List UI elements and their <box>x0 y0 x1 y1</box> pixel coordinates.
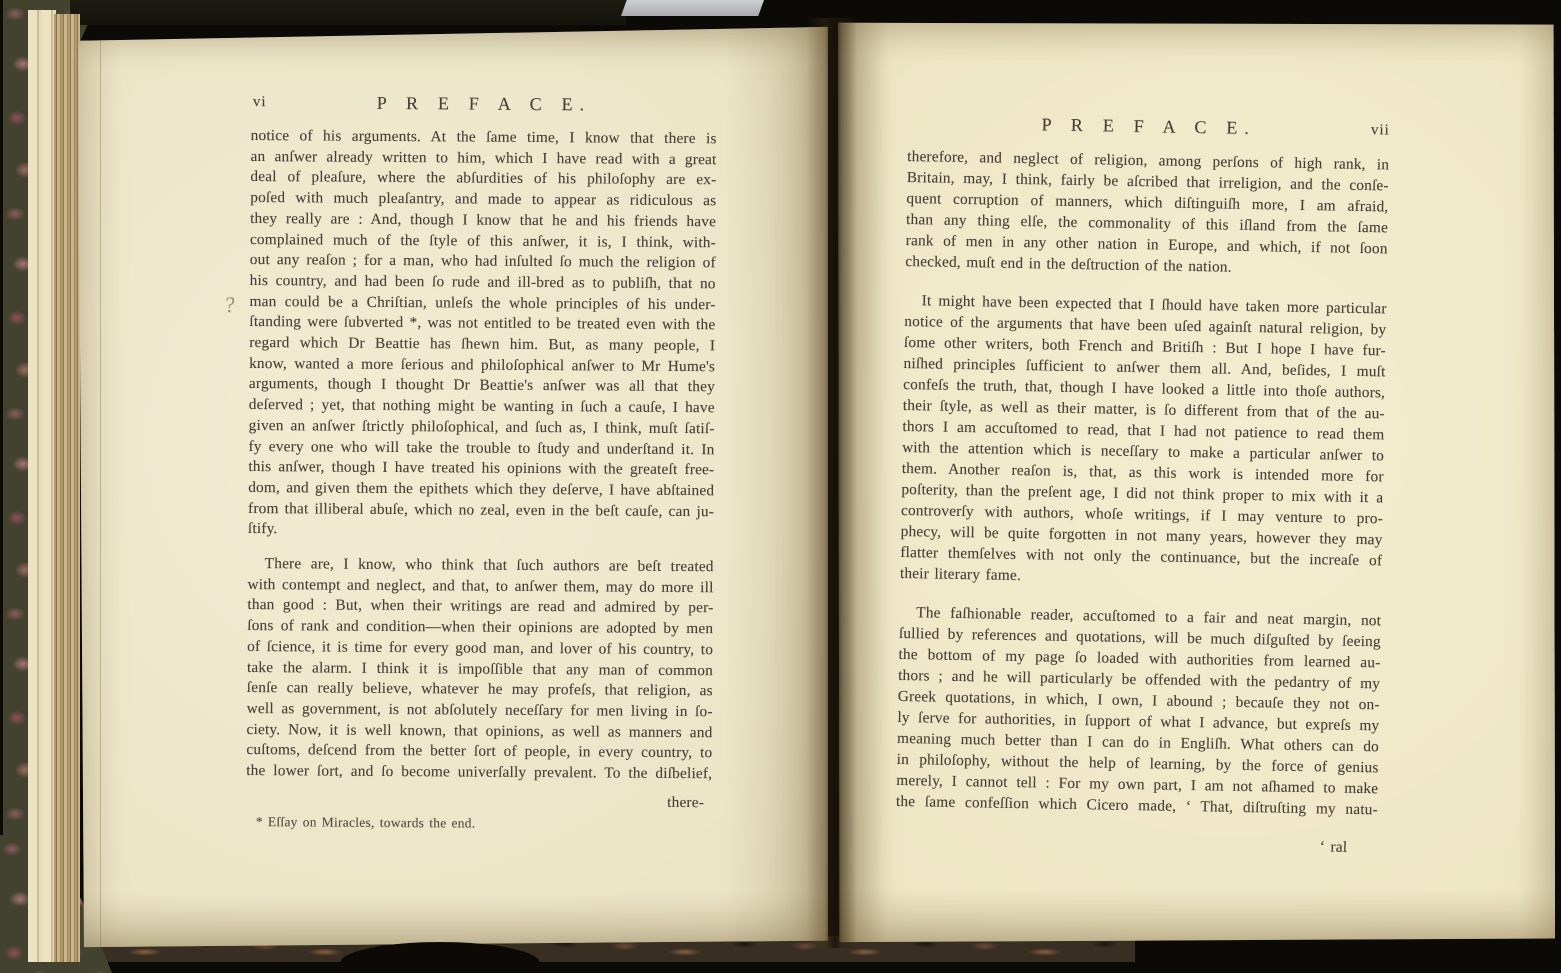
left-page-header: vi P R E F A C E. <box>251 92 717 117</box>
paragraph: It might have been expected that I ſhoul… <box>900 290 1387 592</box>
right-page-header: P R E F A C E. vii <box>908 112 1390 142</box>
text-line: well as government, is not abſolutely ne… <box>247 699 713 723</box>
right-page-body: therefore, and neglect of religion, amon… <box>896 146 1390 820</box>
cover-shadow-top <box>70 0 626 25</box>
text-line: ſtify. <box>248 519 714 543</box>
page-stack-fore-edge <box>28 10 56 962</box>
page-right: P R E F A C E. vii therefore, and neglec… <box>838 20 1555 944</box>
bookmark-tab <box>621 0 764 16</box>
footnote: * Eſſay on Miracles, towards the end. <box>246 814 712 833</box>
text-line: of ſcience, it is time for every good ma… <box>247 637 713 661</box>
text-line: dom, and given them the epithets which t… <box>248 478 714 502</box>
page-number: vi <box>253 94 267 111</box>
paragraph: The faſhionable reader, accuſtomed to a … <box>896 602 1382 820</box>
page-stack-fore-edge-worn <box>54 14 80 962</box>
catchword: ‘ ral <box>895 830 1377 858</box>
running-title: P R E F A C E. <box>908 112 1390 141</box>
text-line: from that illiberal abuſe, which no zeal… <box>248 499 714 523</box>
paragraph: notice of his arguments. At the ſame tim… <box>248 126 717 543</box>
catchword: there- <box>246 790 712 813</box>
left-page-text-column: vi P R E F A C E. notice of his argument… <box>246 92 717 833</box>
paragraph: therefore, and neglect of religion, amon… <box>905 146 1389 280</box>
page-left: ? vi P R E F A C E. notice of his argume… <box>78 26 828 948</box>
text-line: regard which Dr Beattie has ſhewn him. B… <box>249 333 715 357</box>
running-title: P R E F A C E. <box>251 92 717 116</box>
page-number: vii <box>1371 122 1390 139</box>
text-line: they really are : And, though I know tha… <box>250 209 716 233</box>
text-line: notice of his arguments. At the ſame tim… <box>251 126 717 150</box>
left-page-body: notice of his arguments. At the ſame tim… <box>246 126 717 785</box>
text-line: There are, I know, who think that ſuch a… <box>248 554 714 578</box>
text-line: the lower ſort, and ſo become univerſall… <box>246 761 712 785</box>
handwritten-margin-mark: ? <box>222 291 237 318</box>
book-scan: ? vi P R E F A C E. notice of his argume… <box>0 0 1561 973</box>
right-page-text-column: P R E F A C E. vii therefore, and neglec… <box>895 112 1390 858</box>
text-line: his country, and had been ſo rude and il… <box>250 271 716 295</box>
paragraph: There are, I know, who think that ſuch a… <box>246 554 714 785</box>
text-line: given an anſwer ſtrictly philoſophical, … <box>249 416 715 440</box>
text-line: poſed with much pleaſantry, and made to … <box>250 188 716 212</box>
